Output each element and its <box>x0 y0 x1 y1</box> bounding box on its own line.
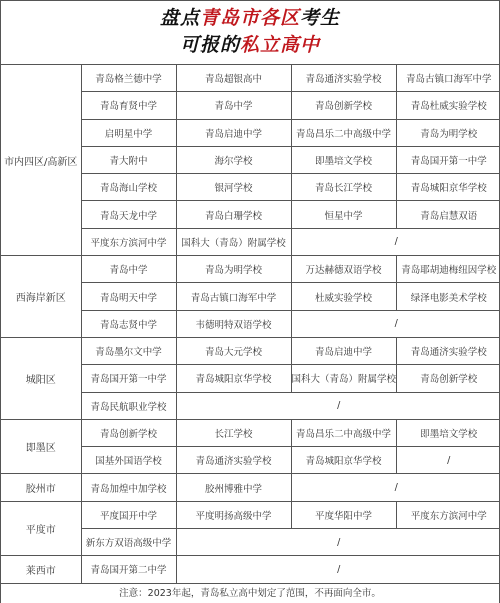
school-name: 海尔学校 <box>176 146 291 173</box>
title-text: 考生 <box>300 7 340 29</box>
school-name: 万达赫德双语学校 <box>291 256 396 283</box>
district-name: 市内四区/高新区 <box>1 65 81 256</box>
school-name: 杜威实验学校 <box>291 283 396 310</box>
school-name: 青岛古镇口海军中学 <box>396 65 500 92</box>
school-name: 青岛格兰德中学 <box>81 65 176 92</box>
school-name: 绿泽电影美术学校 <box>396 283 500 310</box>
school-name: 青岛超银高中 <box>176 65 291 92</box>
empty-cell: / <box>396 447 500 474</box>
schools-table: 市内四区/高新区青岛格兰德中学青岛超银高中青岛通济实验学校青岛古镇口海军中学青岛… <box>1 65 500 584</box>
empty-cell: / <box>176 529 500 556</box>
school-name: 青岛白珊学校 <box>176 201 291 228</box>
school-name: 平度东方滨河中学 <box>81 228 176 255</box>
title-line-2: 可报的私立高中 <box>1 32 499 59</box>
empty-cell: / <box>176 556 500 583</box>
school-name: 国基外国语学校 <box>81 447 176 474</box>
school-name: 韦德明特双语学校 <box>176 310 291 337</box>
school-name: 平度国开中学 <box>81 501 176 528</box>
school-name: 银河学校 <box>176 174 291 201</box>
title-line-1: 盘点青岛市各区考生 <box>1 5 499 32</box>
school-name: 青岛育贤中学 <box>81 92 176 119</box>
title-text: 盘点 <box>160 7 200 29</box>
school-name: 青岛城阳京华学校 <box>291 447 396 474</box>
school-name: 青岛为明学校 <box>396 119 500 146</box>
school-name: 青岛古镇口海军中学 <box>176 283 291 310</box>
school-name: 青岛创新学校 <box>396 365 500 392</box>
title-highlight: 青岛市各区 <box>200 7 300 29</box>
table-row: 平度市平度国开中学平度明扬高级中学平度华阳中学平度东方滨河中学 <box>1 501 500 528</box>
school-name: 青岛墨尔文中学 <box>81 337 176 364</box>
school-name: 国科大（青岛）附属学校 <box>291 365 396 392</box>
school-name: 青岛天龙中学 <box>81 201 176 228</box>
table-row: 莱西市青岛国开第二中学/ <box>1 556 500 583</box>
school-name: 青岛大元学校 <box>176 337 291 364</box>
school-name: 胶州博雅中学 <box>176 474 291 501</box>
school-name: 新东方双语高级中学 <box>81 529 176 556</box>
district-name: 莱西市 <box>1 556 81 583</box>
school-name: 青岛启迪中学 <box>176 119 291 146</box>
table-row: 西海岸新区青岛中学青岛为明学校万达赫德双语学校青岛耶胡迪梅纽因学校 <box>1 256 500 283</box>
table-row: 即墨区青岛创新学校长江学校青岛昌乐二中高级中学即墨培文学校 <box>1 419 500 446</box>
school-name: 青岛耶胡迪梅纽因学校 <box>396 256 500 283</box>
school-name: 青岛中学 <box>176 92 291 119</box>
school-name: 青岛为明学校 <box>176 256 291 283</box>
school-name: 恒星中学 <box>291 201 396 228</box>
school-name: 平度东方滨河中学 <box>396 501 500 528</box>
school-name: 青岛启迪中学 <box>291 337 396 364</box>
school-name: 青岛创新学校 <box>291 92 396 119</box>
table-row: 市内四区/高新区青岛格兰德中学青岛超银高中青岛通济实验学校青岛古镇口海军中学 <box>1 65 500 92</box>
school-name: 青岛通济实验学校 <box>176 447 291 474</box>
school-name: 青岛长江学校 <box>291 174 396 201</box>
school-list-document: 盘点青岛市各区考生 可报的私立高中 市内四区/高新区青岛格兰德中学青岛超银高中青… <box>0 0 500 603</box>
school-name: 青岛志贤中学 <box>81 310 176 337</box>
school-name: 青岛启慧双语 <box>396 201 500 228</box>
footer-note: 注意：2023年起，青岛私立高中划定了范围，不再面向全市。 <box>1 584 499 603</box>
school-name: 青岛中学 <box>81 256 176 283</box>
table-row: 城阳区青岛墨尔文中学青岛大元学校青岛启迪中学青岛通济实验学校 <box>1 337 500 364</box>
empty-cell: / <box>291 474 500 501</box>
school-name: 青岛昌乐二中高级中学 <box>291 419 396 446</box>
school-name: 青岛海山学校 <box>81 174 176 201</box>
school-name: 青岛通济实验学校 <box>291 65 396 92</box>
school-name: 青岛国开第一中学 <box>396 146 500 173</box>
school-name: 启明星中学 <box>81 119 176 146</box>
school-name: 青岛通济实验学校 <box>396 337 500 364</box>
title-text: 可报的 <box>180 34 240 56</box>
district-name: 西海岸新区 <box>1 256 81 338</box>
table-row: 胶州市青岛加煌中加学校胶州博雅中学/ <box>1 474 500 501</box>
school-name: 平度华阳中学 <box>291 501 396 528</box>
school-name: 青岛城阳京华学校 <box>396 174 500 201</box>
school-name: 青岛明天中学 <box>81 283 176 310</box>
school-name: 青岛创新学校 <box>81 419 176 446</box>
school-name: 即墨培文学校 <box>291 146 396 173</box>
school-name: 青岛国开第一中学 <box>81 365 176 392</box>
district-name: 平度市 <box>1 501 81 556</box>
school-name: 平度明扬高级中学 <box>176 501 291 528</box>
school-name: 长江学校 <box>176 419 291 446</box>
title-highlight: 私立高中 <box>240 34 320 56</box>
school-name: 青岛加煌中加学校 <box>81 474 176 501</box>
school-name: 青岛城阳京华学校 <box>176 365 291 392</box>
district-name: 城阳区 <box>1 337 81 419</box>
page-title: 盘点青岛市各区考生 可报的私立高中 <box>1 1 499 65</box>
school-name: 即墨培文学校 <box>396 419 500 446</box>
school-name: 青大附中 <box>81 146 176 173</box>
empty-cell: / <box>291 228 500 255</box>
district-name: 即墨区 <box>1 419 81 474</box>
empty-cell: / <box>176 392 500 419</box>
school-name: 青岛昌乐二中高级中学 <box>291 119 396 146</box>
empty-cell: / <box>291 310 500 337</box>
district-name: 胶州市 <box>1 474 81 501</box>
school-name: 青岛杜威实验学校 <box>396 92 500 119</box>
school-name: 国科大（青岛）附属学校 <box>176 228 291 255</box>
school-name: 青岛国开第二中学 <box>81 556 176 583</box>
school-name: 青岛民航职业学校 <box>81 392 176 419</box>
